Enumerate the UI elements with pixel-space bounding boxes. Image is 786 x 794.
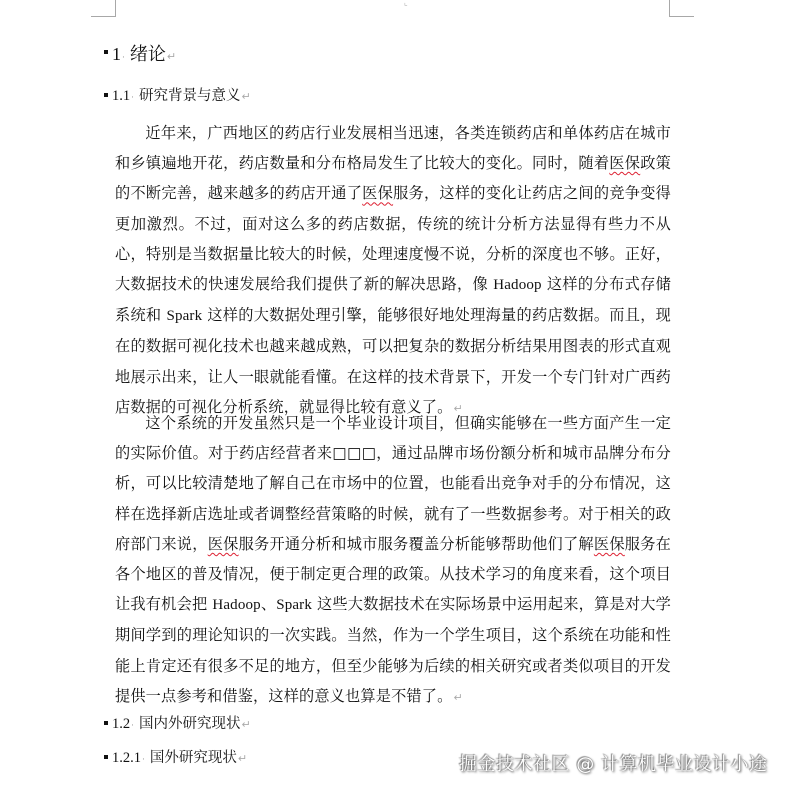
list-bullet-icon xyxy=(104,93,108,97)
body-paragraph-2[interactable]: 这个系统的开发虽然只是一个毕业设计项目，但确实能够在一些方面产生一定的实际价值。… xyxy=(115,408,671,713)
text-run: 近年来，广西地区的药店行业发展相当迅速，各类连锁药店和单体药店在城市和乡镇遍地开… xyxy=(115,124,671,172)
tab-mark: · xyxy=(131,93,134,103)
paragraph-mark-icon: ↵ xyxy=(167,50,176,63)
crop-mark-top-right xyxy=(669,0,694,17)
paragraph-mark-icon: ↵ xyxy=(242,90,251,103)
paragraph-mark-icon: ↵ xyxy=(453,691,462,704)
list-bullet-icon xyxy=(104,50,108,54)
heading-section-1-2[interactable]: 1.2 · 国内外研究现状 ↵ xyxy=(104,712,251,733)
heading-number: 1 xyxy=(112,44,121,65)
tab-mark: · xyxy=(131,721,134,731)
watermark: 掘金技术社区 @ 计算机毕业设计小途 xyxy=(459,750,767,776)
tab-mark: · xyxy=(122,53,125,63)
heading-number: 1.1 xyxy=(112,88,130,105)
heading-title: 研究背景与意义 xyxy=(139,84,241,105)
heading-subsection-1-2-1[interactable]: 1.2.1 · 国外研究现状 ↵ xyxy=(104,746,247,767)
text-run: 、 xyxy=(261,595,276,613)
spelling-flagged-word[interactable]: 医保 xyxy=(208,535,239,553)
text-run-latin: Hadoop xyxy=(212,597,260,613)
page-edge-mark: ⌞ xyxy=(404,0,408,7)
tab-mark: · xyxy=(142,755,145,765)
list-bullet-icon xyxy=(104,721,108,725)
heading-title: 国外研究现状 xyxy=(150,746,237,767)
heading-section-1-1[interactable]: 1.1 · 研究背景与意义 ↵ xyxy=(104,84,251,105)
list-bullet-icon xyxy=(104,755,108,759)
spelling-flagged-word[interactable]: 医保 xyxy=(594,535,625,553)
text-run: 这个系统的开发虽然只是一个毕业设计项目，但确实能够在一些方面产生一定的实际价值。… xyxy=(115,414,671,553)
text-run-latin: Spark xyxy=(276,597,312,613)
spelling-flagged-word[interactable]: 医保 xyxy=(362,184,393,202)
crop-mark-top-left xyxy=(91,0,116,17)
heading-chapter-1[interactable]: 1 · 绪论 ↵ xyxy=(104,40,176,66)
body-paragraph-1[interactable]: 近年来，广西地区的药店行业发展相当迅速，各类连锁药店和单体药店在城市和乡镇遍地开… xyxy=(115,118,671,424)
heading-number: 1.2.1 xyxy=(112,750,141,767)
heading-title: 国内外研究现状 xyxy=(139,712,241,733)
text-run: 服务开通分析和城市服务覆盖分析能够帮助他们了解 xyxy=(239,535,594,553)
paragraph-mark-icon: ↵ xyxy=(242,718,251,731)
text-run-latin: Hadoop xyxy=(493,277,541,293)
heading-title: 绪论 xyxy=(130,40,166,66)
spelling-flagged-word[interactable]: 医保 xyxy=(609,154,640,172)
heading-number: 1.2 xyxy=(112,716,130,733)
text-run-latin: Spark xyxy=(166,308,202,324)
paragraph-mark-icon: ↵ xyxy=(238,752,247,765)
